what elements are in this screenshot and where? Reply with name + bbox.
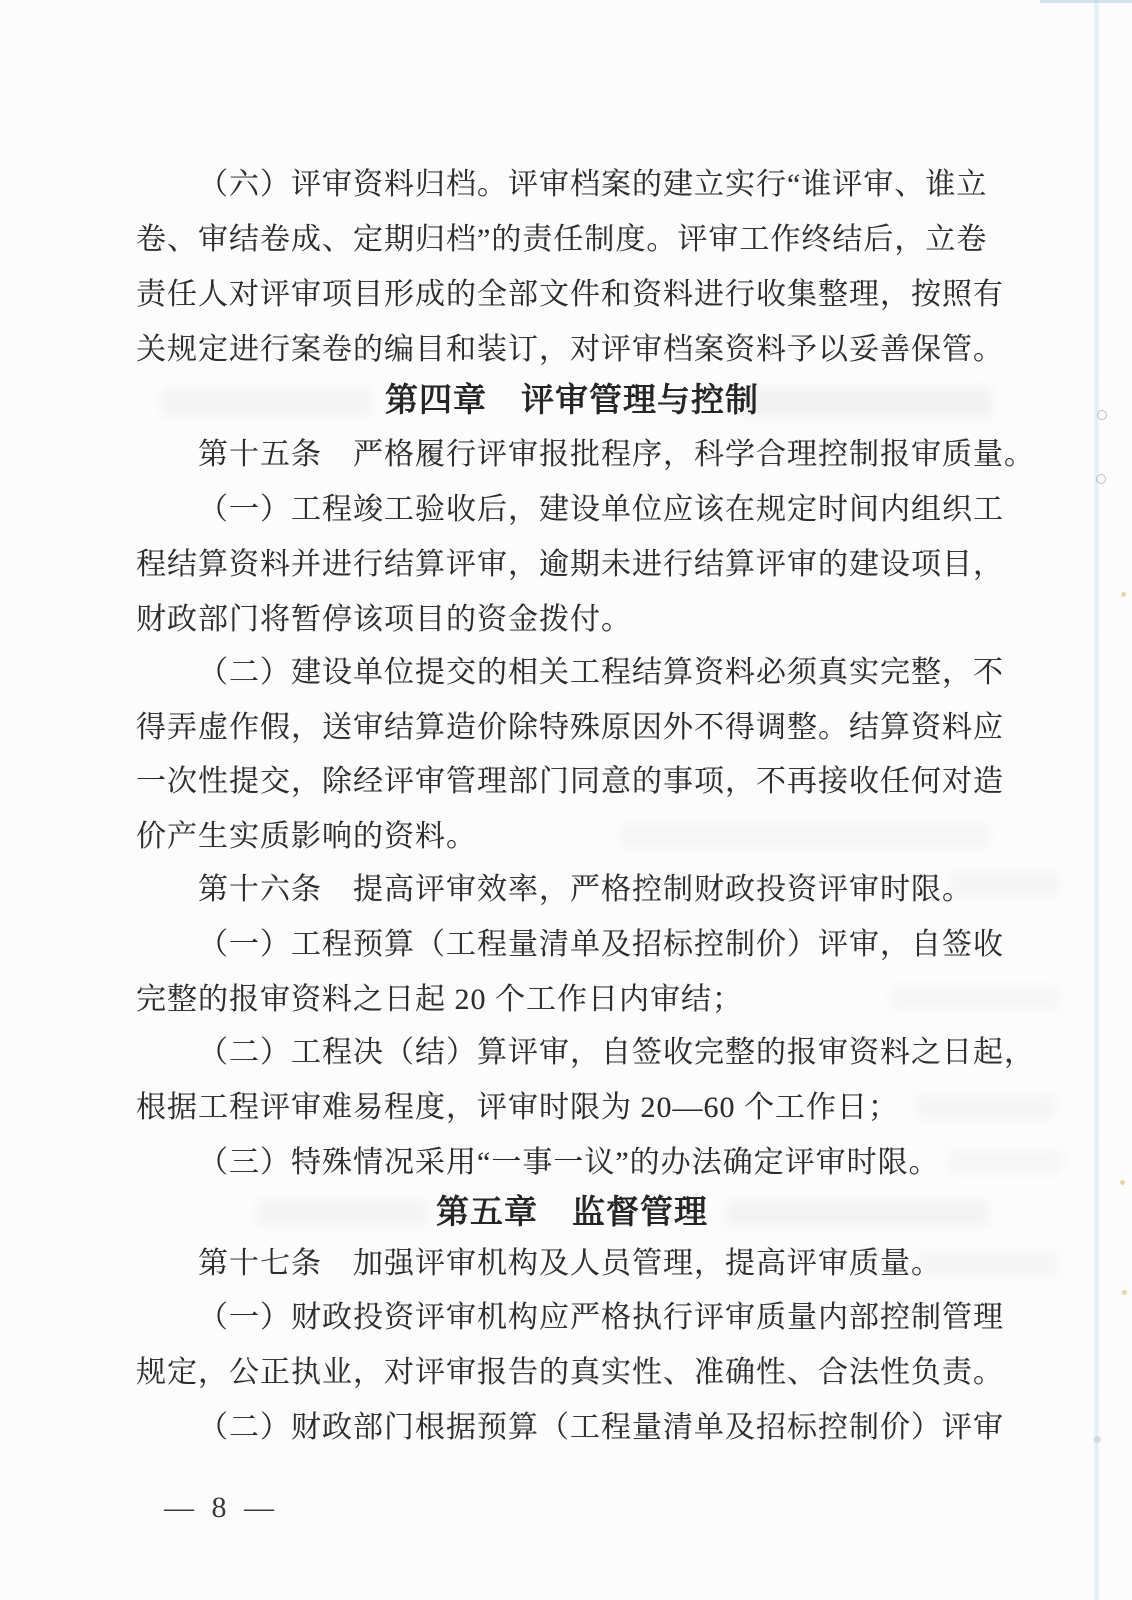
speck-artifact	[1097, 410, 1107, 420]
body-line: 责任人对评审项目形成的全部文件和资料进行收集整理，按照有	[136, 274, 1008, 316]
scan-top-edge-artifact	[1040, 0, 1132, 3]
body-line: 关规定进行案卷的编目和装订，对评审档案资料予以妥善保管。	[136, 329, 1008, 371]
body-line: 完整的报审资料之日起 20 个工作日内审结；	[136, 979, 1008, 1021]
body-line: （二）工程决（结）算评审，自签收完整的报审资料之日起，	[136, 1032, 1008, 1074]
body-line: 第十六条 提高评审效率，严格控制财政投资评审时限。	[136, 869, 1008, 911]
body-line: （二）建设单位提交的相关工程结算资料必须真实完整，不	[136, 652, 1008, 694]
body-line: 第十五条 严格履行评审报批程序，科学合理控制报审质量。	[136, 434, 1008, 476]
page-number: — 8 —	[164, 1491, 276, 1525]
speck-artifact	[1120, 1180, 1125, 1185]
body-line: 卷、审结卷成、定期归档”的责任制度。评审工作终结后，立卷	[136, 219, 1008, 261]
chapter-4-heading: 第四章 评审管理与控制	[136, 378, 1008, 422]
speck-artifact	[1094, 1436, 1101, 1443]
body-line: 根据工程评审难易程度，评审时限为 20—60 个工作日；	[136, 1087, 1008, 1129]
body-line: （三）特殊情况采用“一事一议”的办法确定评审时限。	[136, 1142, 1008, 1184]
body-line: （二）财政部门根据预算（工程量清单及招标控制价）评审	[136, 1407, 1008, 1449]
body-line: 价产生实质影响的资料。	[136, 816, 1008, 858]
body-line: 第十七条 加强评审机构及人员管理，提高评审质量。	[136, 1243, 1008, 1285]
body-line: （一）财政投资评审机构应严格执行评审质量内部控制管理	[136, 1297, 1008, 1339]
scan-streak-artifact	[1093, 0, 1100, 1600]
chapter-5-heading: 第五章 监督管理	[136, 1190, 1008, 1234]
body-line: 得弄虚作假，送审结算造价除特殊原因外不得调整。结算资料应	[136, 707, 1008, 749]
body-line: 财政部门将暂停该项目的资金拨付。	[136, 599, 1008, 641]
body-line: （一）工程预算（工程量清单及招标控制价）评审，自签收	[136, 924, 1008, 966]
speck-artifact	[1096, 474, 1106, 484]
body-line: 程结算资料并进行结算评审，逾期未进行结算评审的建设项目，	[136, 544, 1008, 586]
speck-artifact	[1122, 1290, 1127, 1295]
body-line: （六）评审资料归档。评审档案的建立实行“谁评审、谁立	[136, 164, 1008, 206]
body-line: 规定，公正执业，对评审报告的真实性、准确性、合法性负责。	[136, 1352, 1008, 1394]
speck-artifact	[1121, 592, 1126, 597]
body-line: （一）工程竣工验收后，建设单位应该在规定时间内组织工	[136, 489, 1008, 531]
scanned-document-page: （六）评审资料归档。评审档案的建立实行“谁评审、谁立 卷、审结卷成、定期归档”的…	[0, 0, 1132, 1600]
body-line: 一次性提交，除经评审管理部门同意的事项，不再接收任何对造	[136, 761, 1008, 803]
